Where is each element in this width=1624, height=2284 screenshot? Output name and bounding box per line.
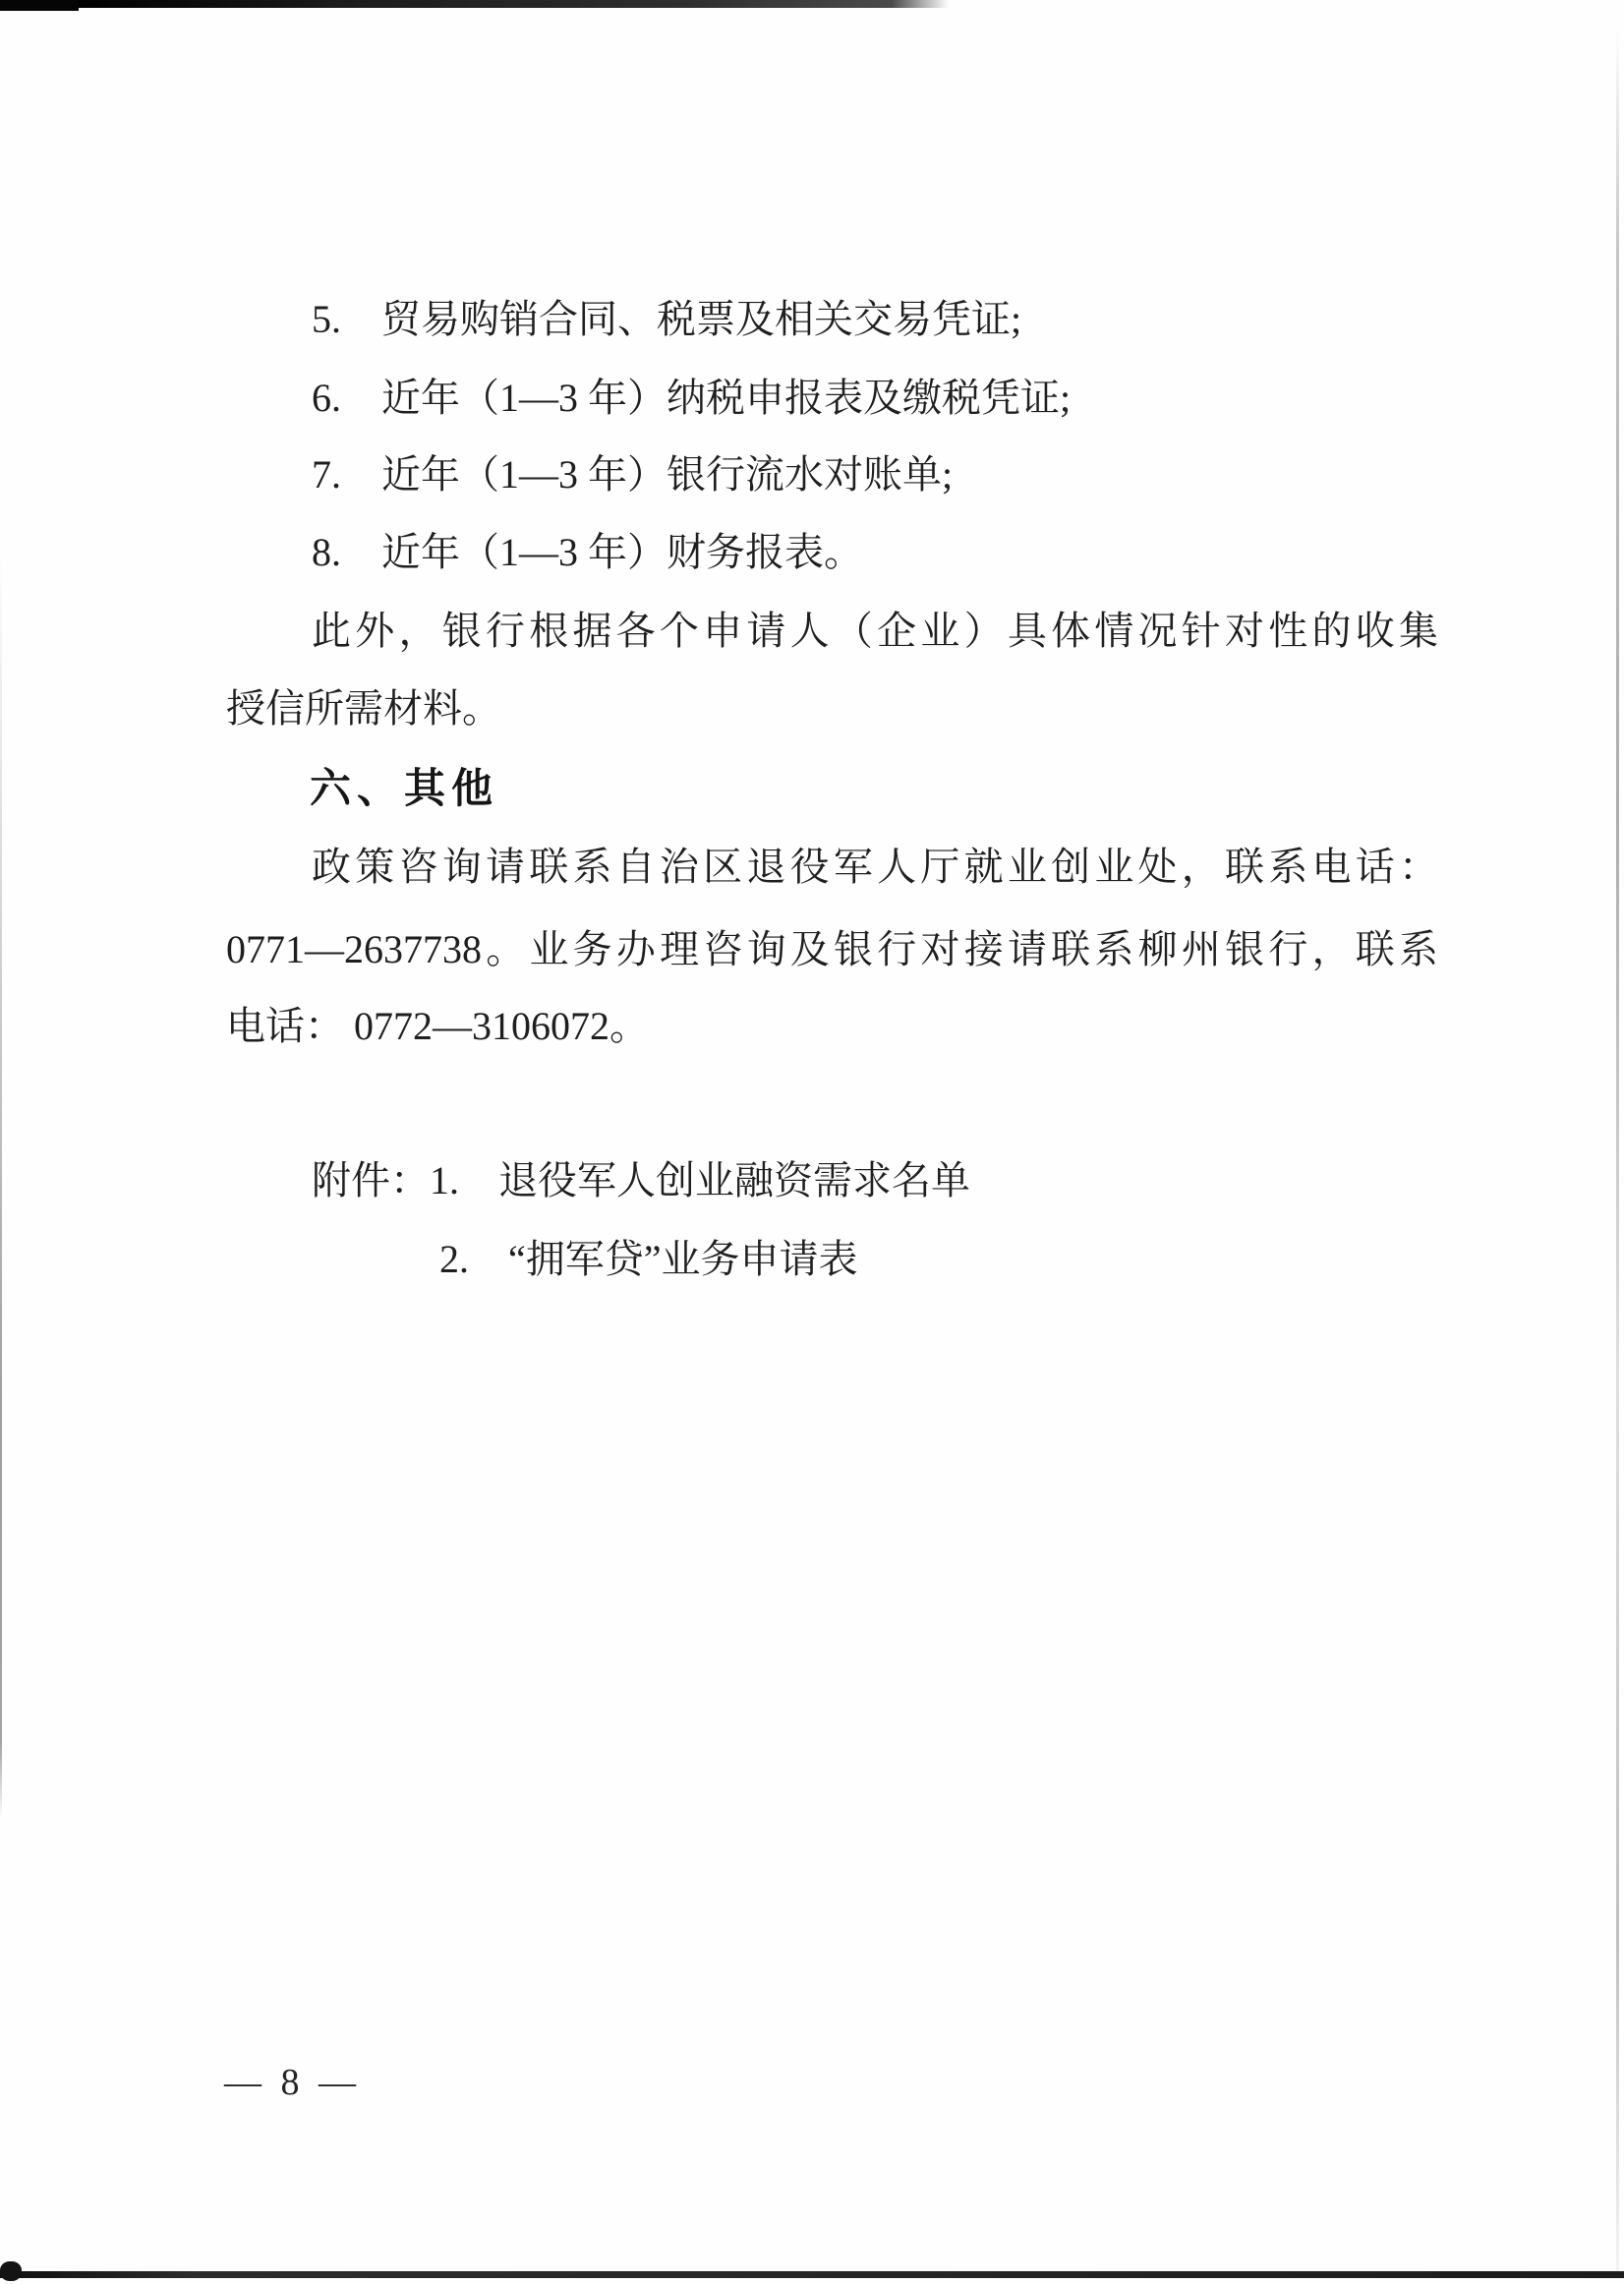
attachments-line-2: 2.“拥军贷”业务申请表 bbox=[439, 1237, 858, 1282]
section-heading: 六、其他 bbox=[310, 765, 498, 812]
attachment-1-text: 退役军人创业融资需求名单 bbox=[498, 1158, 970, 1202]
list-item-7-text: 近年（1—3 年）银行流水对账单; bbox=[381, 452, 953, 497]
list-item-8-text: 近年（1—3 年）财务报表。 bbox=[381, 530, 863, 574]
list-item-7: 7.近年（1—3 年）银行流水对账单; bbox=[312, 452, 953, 498]
list-item-5: 5.贸易购销合同、税票及相关交易凭证; bbox=[312, 297, 1021, 342]
list-item-6-number: 6. bbox=[312, 376, 341, 421]
scan-artifact-top-left-corner bbox=[0, 0, 79, 11]
attachments-line-1: 附件：1.退役军人创业融资需求名单 bbox=[312, 1158, 970, 1203]
attachment-1-number: 1. bbox=[430, 1158, 459, 1203]
paragraph-contact-line1: 政策咨询请联系自治区退役军人厅就业创业处，联系电话： bbox=[312, 845, 1438, 894]
attachment-2-number: 2. bbox=[439, 1237, 469, 1282]
list-item-6: 6.近年（1—3 年）纳税申报表及缴税凭证; bbox=[312, 376, 1071, 421]
paragraph-additional-line1: 此外，银行根据各个申请人（企业）具体情况针对性的收集 bbox=[312, 609, 1438, 658]
attachments-label: 附件： bbox=[312, 1158, 430, 1202]
attachment-2-text: “拥军贷”业务申请表 bbox=[508, 1237, 858, 1281]
paragraph-contact-line3: 电话： 0772—3106072。 bbox=[226, 1004, 649, 1049]
list-item-8-number: 8. bbox=[312, 530, 341, 575]
paragraph-contact-line2: 0771—2637738。业务办理咨询及银行对接请联系柳州银行，联系 bbox=[226, 927, 1438, 976]
paragraph-additional-line2: 授信所需材料。 bbox=[226, 686, 501, 732]
list-item-7-number: 7. bbox=[312, 452, 341, 498]
list-item-6-text: 近年（1—3 年）纳税申报表及缴税凭证; bbox=[381, 376, 1071, 420]
document-page: { "document": { "list_items": [ { "numbe… bbox=[0, 0, 1624, 2284]
scan-artifact-right-edge bbox=[1616, 29, 1619, 2273]
list-item-5-number: 5. bbox=[312, 297, 341, 342]
scan-artifact-left-edge bbox=[0, 551, 2, 1819]
list-item-5-text: 贸易购销合同、税票及相关交易凭证; bbox=[381, 297, 1021, 341]
scan-artifact-bottom-edge bbox=[0, 2271, 1624, 2278]
list-item-8: 8.近年（1—3 年）财务报表。 bbox=[312, 530, 863, 575]
page-number: — 8 — bbox=[224, 2061, 358, 2104]
scan-artifact-bottom-left-blob bbox=[0, 2261, 22, 2281]
scan-artifact-top-edge bbox=[0, 0, 949, 8]
